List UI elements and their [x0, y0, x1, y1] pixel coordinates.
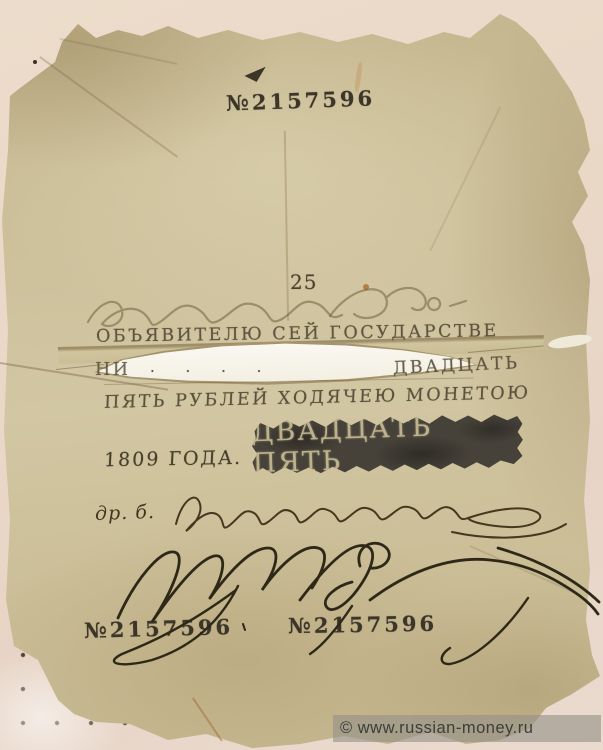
bleedthrough-script	[88, 288, 466, 326]
main-signature	[118, 543, 599, 622]
ink-strokes-layer	[0, 0, 603, 750]
photo-of-1809-assignat: №2157596 25 ОБЪЯВИТЕЛЮ СЕЙ ГОСУДАРСТВЕ Н…	[0, 0, 603, 750]
watermark-badge: © www.russian-money.ru	[333, 715, 601, 742]
ink-mark-icon	[248, 70, 262, 80]
watermark-text: © www.russian-money.ru	[340, 719, 533, 738]
serial-flourishes	[114, 586, 528, 664]
endorsement-script	[176, 498, 566, 538]
